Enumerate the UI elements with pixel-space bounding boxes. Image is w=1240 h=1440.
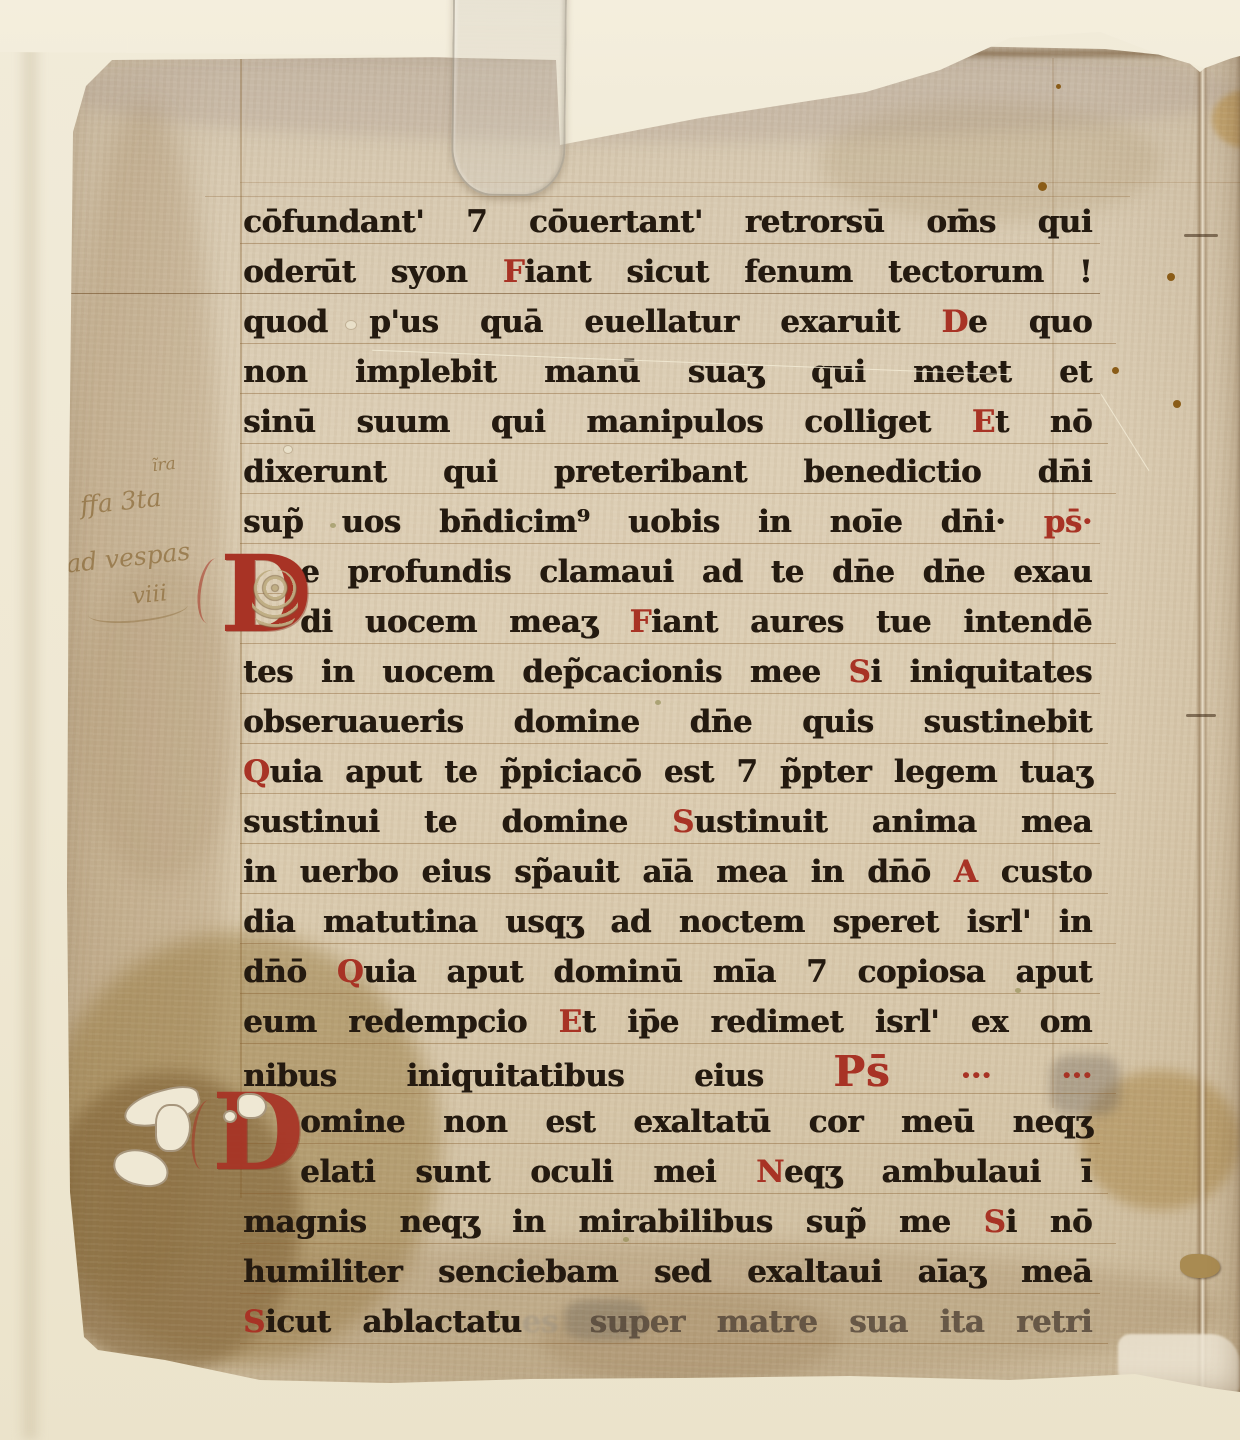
mat-fold-shadow bbox=[22, 0, 38, 1440]
leaf-edge-shading bbox=[60, 42, 1240, 1394]
manuscript-leaf: cōfundant' 7 cōuertant' retrorsū om̄s qu… bbox=[60, 42, 1240, 1394]
plastic-clamp bbox=[451, 0, 567, 197]
